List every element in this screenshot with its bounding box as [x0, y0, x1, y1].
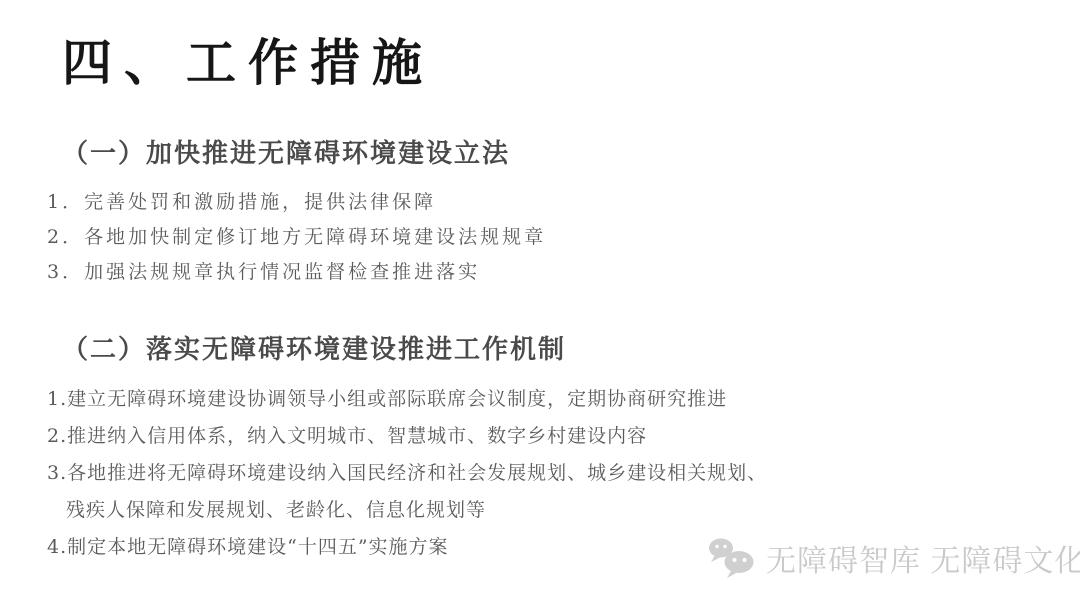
wechat-icon	[706, 536, 758, 580]
list-item: 1．完善处罚和激励措施，提供法律保障	[47, 185, 1020, 220]
section-1-heading: （一）加快推进无障碍环境建设立法	[62, 138, 1020, 168]
watermark-text: 无障碍智库 无障碍文化	[766, 536, 1080, 580]
section-2-heading: （二）落实无障碍环境建设推进工作机制	[62, 334, 1020, 364]
section-1: （一）加快推进无障碍环境建设立法 1．完善处罚和激励措施，提供法律保障 2．各地…	[0, 138, 1020, 290]
list-item: 3.各地推进将无障碍环境建设纳入国民经济和社会发展规划、城乡建设相关规划、 残疾…	[47, 455, 1020, 529]
list-item: 1.建立无障碍环境建设协调领导小组或部际联席会议制度，定期协商研究推进	[47, 381, 1020, 418]
list-item: 3．加强法规规章执行情况监督检查推进落实	[47, 255, 1020, 290]
list-item: 2.推进纳入信用体系，纳入文明城市、智慧城市、数字乡村建设内容	[47, 418, 1020, 455]
slide: 四、工作措施 （一）加快推进无障碍环境建设立法 1．完善处罚和激励措施，提供法律…	[0, 0, 1080, 608]
watermark: 无障碍智库 无障碍文化	[706, 536, 1080, 580]
list-item: 2．各地加快制定修订地方无障碍环境建设法规规章	[47, 220, 1020, 255]
section-2: （二）落实无障碍环境建设推进工作机制 1.建立无障碍环境建设协调领导小组或部际联…	[0, 334, 1020, 566]
section-1-items: 1．完善处罚和激励措施，提供法律保障 2．各地加快制定修订地方无障碍环境建设法规…	[47, 185, 1020, 290]
page-title: 四、工作措施	[62, 34, 434, 92]
